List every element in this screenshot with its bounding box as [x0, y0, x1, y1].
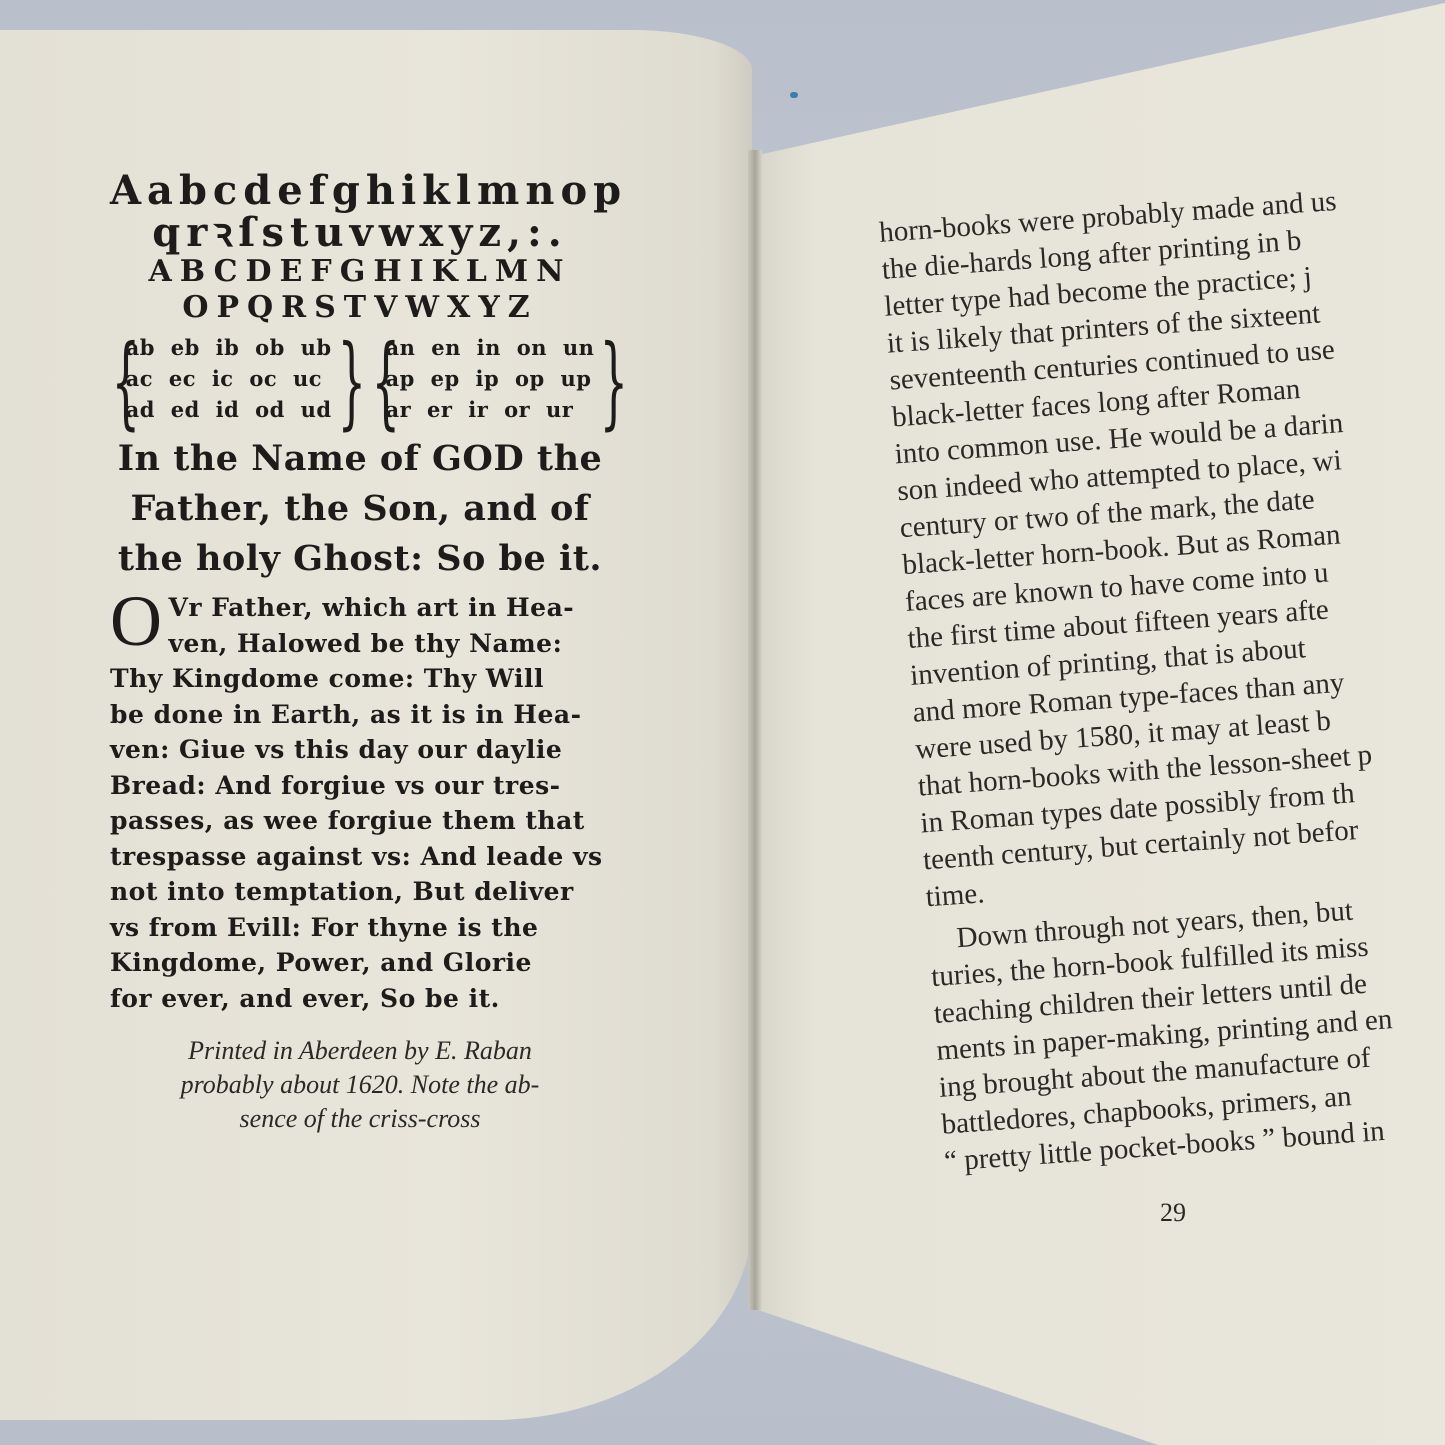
- syllable-row: an en in on un: [386, 332, 595, 363]
- lowercase-alphabet-line-2: qrꝛſstuvwxyz,:.: [110, 212, 610, 254]
- left-brace-icon: {: [371, 332, 380, 432]
- uppercase-alphabet-line-1: ABCDEFGHIKLMN: [110, 254, 610, 290]
- prayer-line: Bread: And forgiue vs our tres-: [110, 768, 610, 804]
- syllable-row: ac ec ic oc uc: [126, 363, 332, 394]
- prayer-line: Kingdome, Power, and Glorie: [110, 945, 610, 981]
- figure-caption: Printed in Aberdeen by E. Raban probably…: [110, 1034, 610, 1136]
- book-gutter: [748, 150, 762, 1310]
- lowercase-alphabet-line-1: Aabcdefghiklmnop: [110, 170, 610, 212]
- prayer-line: vs from Evill: For thyne is the: [110, 910, 610, 946]
- prayer-line: Vr Father, which art in Hea-: [110, 590, 610, 626]
- invocation-line: the holy Ghost: So be it.: [110, 536, 610, 582]
- prayer-line: ven, Halowed be thy Name:: [110, 626, 610, 662]
- drop-cap: O: [110, 590, 163, 652]
- syllable-row: ar er ir or ur: [386, 394, 595, 425]
- page-number: 29: [1160, 1198, 1186, 1228]
- uppercase-alphabet-line-2: OPQRSTVWXYZ: [110, 290, 610, 326]
- horn-book-facsimile: Aabcdefghiklmnop qrꝛſstuvwxyz,:. ABCDEFG…: [110, 170, 610, 1136]
- invocation-line: Father, the Son, and of: [110, 486, 610, 532]
- syllable-row: ap ep ip op up: [386, 363, 595, 394]
- lords-prayer: O Vr Father, which art in Hea- ven, Halo…: [110, 590, 610, 1016]
- syllable-group-right: { an en in on un ap ep ip op up ar er ir…: [366, 332, 615, 432]
- syllabary: { ab eb ib ob ub ac ec ic oc uc ad ed id…: [110, 332, 610, 432]
- caption-line: Printed in Aberdeen by E. Raban: [110, 1034, 610, 1068]
- invocation-line: In the Name of GOD the: [110, 436, 610, 482]
- prayer-line: be done in Earth, as it is in Hea-: [110, 697, 610, 733]
- right-brace-icon: }: [600, 332, 609, 432]
- prayer-line: passes, as wee forgiue them that: [110, 803, 610, 839]
- left-brace-icon: {: [111, 332, 120, 432]
- prayer-line: not into temptation, But deliver: [110, 874, 610, 910]
- syllable-row: ab eb ib ob ub: [126, 332, 332, 363]
- bookmark-ribbon: [790, 92, 798, 98]
- syllable-group-left: { ab eb ib ob ub ac ec ic oc uc ad ed id…: [106, 332, 352, 432]
- prayer-line: trespasse against vs: And leade vs: [110, 839, 610, 875]
- right-brace-icon: }: [337, 332, 346, 432]
- paragraph-2: Down through not years, then, but turies…: [927, 878, 1445, 1181]
- caption-line: probably about 1620. Note the ab-: [110, 1068, 610, 1102]
- prayer-line: for ever, and ever, So be it.: [110, 981, 610, 1017]
- syllable-row: ad ed id od ud: [126, 394, 332, 425]
- paragraph-1: horn-books were probably made and us the…: [878, 170, 1445, 916]
- caption-line: sence of the criss-cross: [110, 1102, 610, 1136]
- prayer-line: ven: Giue vs this day our daylie: [110, 732, 610, 768]
- prayer-line: Thy Kingdome come: Thy Will: [110, 661, 610, 697]
- body-text: horn-books were probably made and us the…: [878, 170, 1445, 1180]
